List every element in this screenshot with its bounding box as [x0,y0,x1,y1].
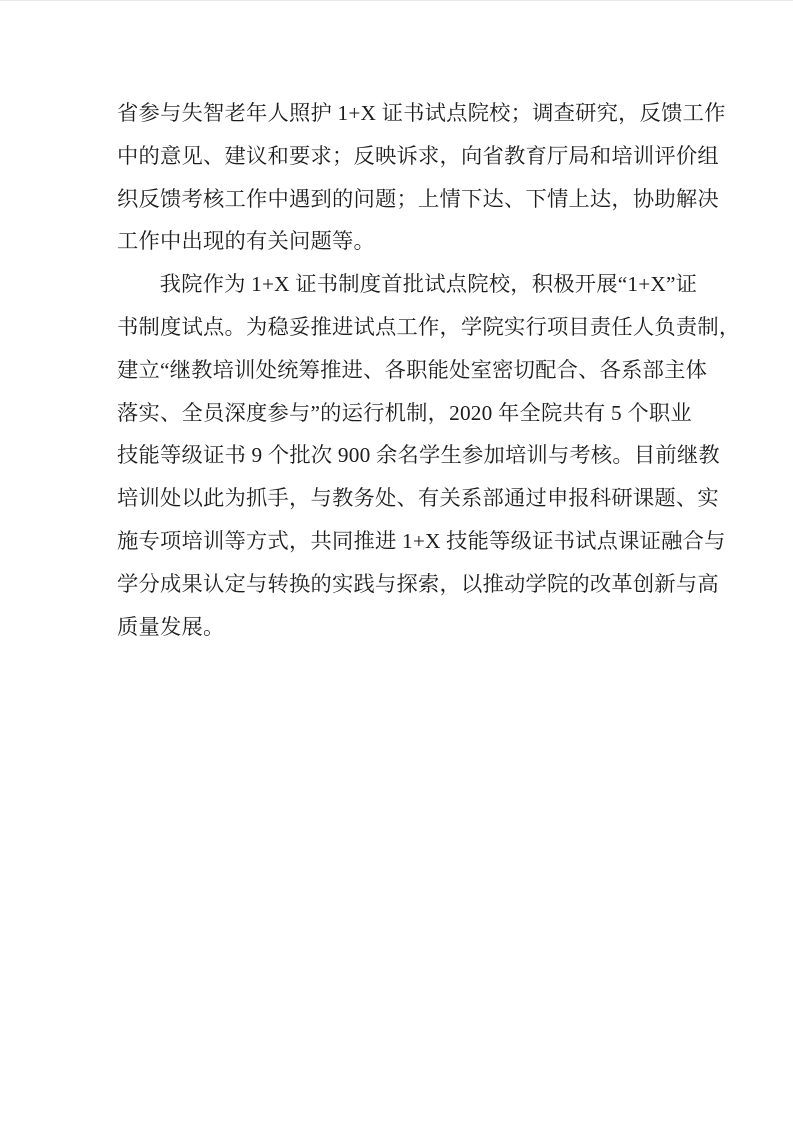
text-line: 书制度试点。为稳妥推进试点工作，学院实行项目责任人负责制， [117,306,677,349]
text-line: 施专项培训等方式，共同推进 1+X 技能等级证书试点课证融合与 [117,520,677,563]
page-top-edge-divider [0,0,793,1]
text-line: 省参与失智老年人照护 1+X 证书试点院校；调查研究，反馈工作 [117,92,677,135]
text-line: 质量发展。 [117,606,677,649]
text-line: 中的意见、建议和要求；反映诉求，向省教育厅局和培训评价组 [117,135,677,178]
text-line: 落实、全员深度参与”的运行机制，2020 年全院共有 5 个职业 [117,392,677,435]
text-line: 我院作为 1+X 证书制度首批试点院校，积极开展“1+X”证 [117,263,677,306]
text-line: 培训处以此为抓手，与教务处、有关系部通过申报科研课题、实 [117,477,677,520]
text-line: 建立“继教培训处统筹推进、各职能处室密切配合、各系部主体 [117,349,677,392]
document-page: 省参与失智老年人照护 1+X 证书试点院校；调查研究，反馈工作 中的意见、建议和… [0,0,793,1122]
text-line: 学分成果认定与转换的实践与探索，以推动学院的改革创新与高 [117,563,677,606]
text-line: 技能等级证书 9 个批次 900 余名学生参加培训与考核。目前继教 [117,434,677,477]
text-line: 织反馈考核工作中遇到的问题；上情下达、下情上达，协助解决 [117,178,677,221]
paragraph-2: 我院作为 1+X 证书制度首批试点院校，积极开展“1+X”证 书制度试点。为稳妥… [117,263,677,648]
text-line: 工作中出现的有关问题等。 [117,220,677,263]
document-text-block: 省参与失智老年人照护 1+X 证书试点院校；调查研究，反馈工作 中的意见、建议和… [117,92,677,648]
paragraph-1: 省参与失智老年人照护 1+X 证书试点院校；调查研究，反馈工作 中的意见、建议和… [117,92,677,263]
